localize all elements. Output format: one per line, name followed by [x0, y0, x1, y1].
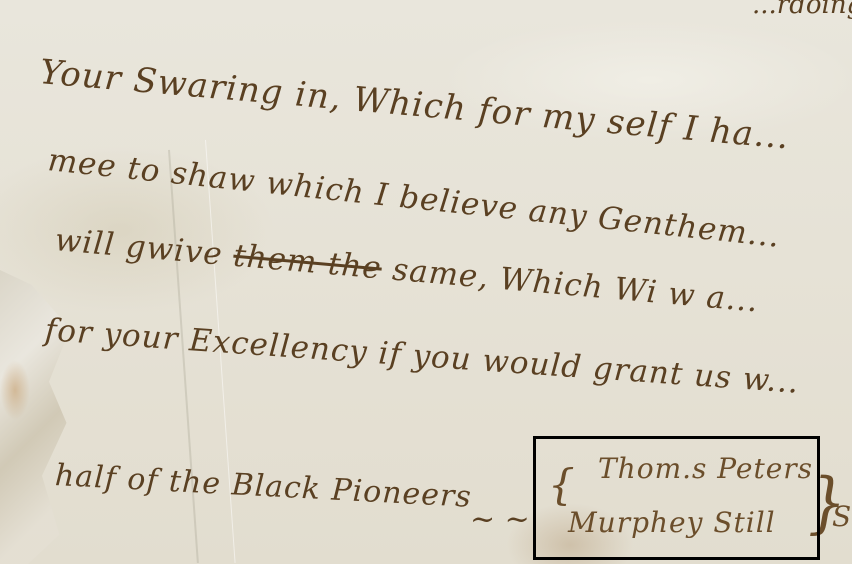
line-3-text-before: will gwive [53, 222, 235, 273]
signature-highlight-box [533, 436, 820, 560]
line-3-text-after: same, Which Wi w a... [380, 251, 760, 320]
handwriting-line-1: Your Swaring in, Which for my self I ha.… [38, 52, 791, 157]
manuscript-page: ...rdoing Your Swaring in, Which for my … [0, 0, 852, 564]
handwriting-line-4: for your Excellency if you would grant u… [44, 312, 801, 401]
paper-stain [0, 360, 30, 420]
trailing-flourish: ~ ~ [470, 502, 530, 537]
struck-through-text: them the [232, 238, 383, 287]
handwriting-line-5: half of the Black Pioneers [54, 458, 473, 515]
handwriting-edge-fragment: S [832, 500, 851, 533]
handwriting-top-fragment: ...rdoing [752, 0, 852, 20]
